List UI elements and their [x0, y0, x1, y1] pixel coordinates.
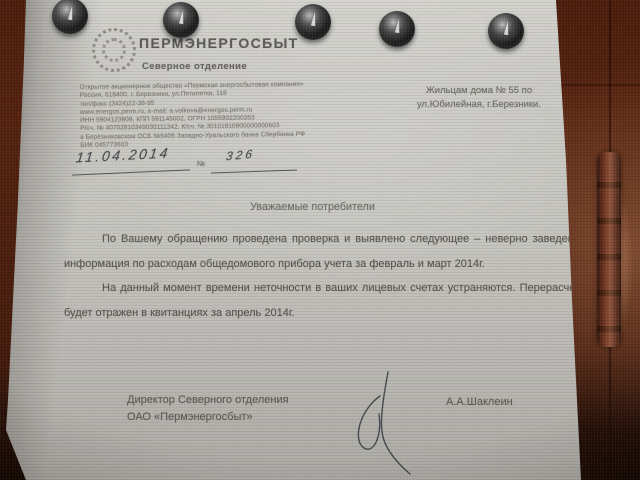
- recipient-line: Жильцам дома № 55 по: [398, 84, 560, 98]
- logo-inner-dot-ring: [102, 38, 126, 62]
- letterhead-details: Открытое акционерное общество «Пермская …: [80, 80, 353, 150]
- branch-name: Северное отделение: [142, 61, 247, 72]
- signer-position-line: ОАО «Пермэнергосбыт»: [127, 409, 289, 426]
- signer-position: Директор Северного отделения ОАО «Пермэн…: [127, 392, 289, 426]
- date-underline: [72, 169, 190, 175]
- thumbtack-icon: [295, 4, 331, 40]
- photo-of-pinned-letter: ПЕРМЭНЕРГОСБЫТ Северное отделение Открыт…: [0, 0, 640, 480]
- letter-body: По Вашему обращению проведена проверка и…: [64, 227, 580, 325]
- recipient-address: Жильцам дома № 55 по ул.Юбилейная, г.Бер…: [398, 84, 560, 112]
- thumbtack-icon: [163, 2, 199, 38]
- number-label: №: [197, 159, 205, 168]
- company-name: ПЕРМЭНЕРГОСБЫТ: [139, 35, 299, 51]
- paragraph: На данный момент времени неточности в ва…: [64, 276, 580, 325]
- paragraph: По Вашему обращению проведена проверка и…: [64, 227, 580, 276]
- signer-position-line: Директор Северного отделения: [127, 392, 289, 409]
- thumbtack-icon: [379, 11, 415, 47]
- letter-paper: ПЕРМЭНЕРГОСБЫТ Северное отделение Открыт…: [0, 0, 640, 480]
- signer-name: А.А.Шаклеин: [446, 396, 513, 408]
- recipient-line: ул.Юбилейная, г.Березники.: [398, 98, 560, 112]
- handwritten-number: 326: [225, 147, 256, 164]
- company-logo-icon: [92, 28, 136, 72]
- door-panel-line: [560, 84, 640, 86]
- door-hinge: [597, 152, 621, 347]
- number-underline: [211, 169, 297, 173]
- handwritten-signature-icon: [322, 366, 442, 476]
- thumbtack-icon: [488, 13, 524, 49]
- salutation: Уважаемые потребители: [60, 201, 565, 213]
